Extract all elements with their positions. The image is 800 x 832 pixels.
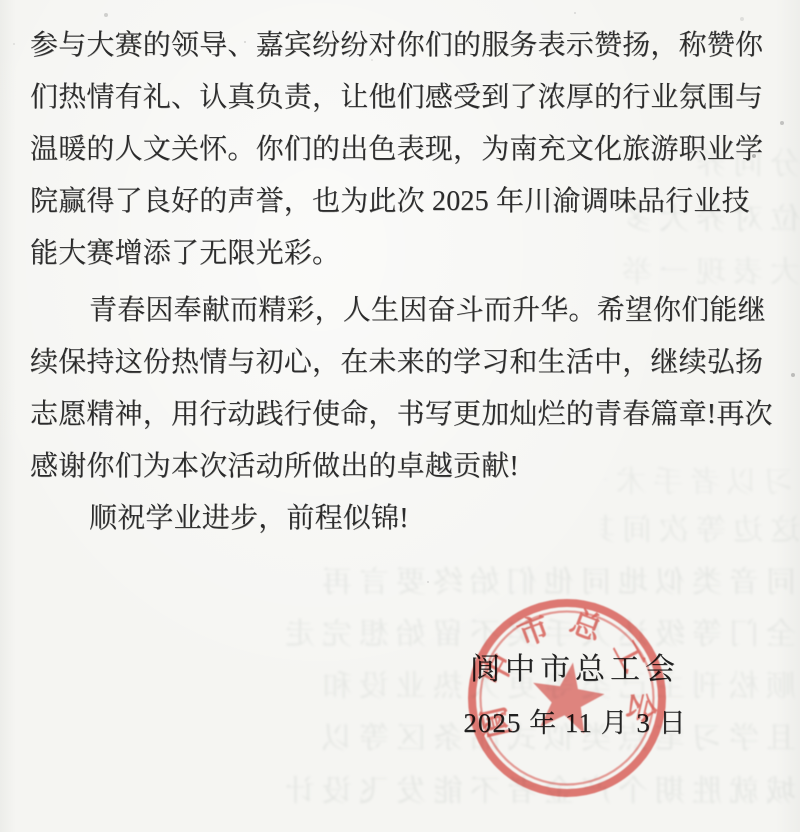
text-line: 能大赛增添了无限光彩。 [30, 228, 785, 280]
signature-date: 2025 年 11 月 3 日 [420, 702, 730, 744]
scan-speckles [0, 0, 2, 2]
signature-block: 阆中市总工会 2025 年 11 月 3 日 [420, 648, 730, 744]
text-line: 们热情有礼、认真负责，让他们感受到了浓厚的行业氛围与 [30, 72, 785, 124]
text-line: 感谢你们为本次活动所做出的卓越贡献! [30, 441, 785, 493]
text-line: 续保持这份热情与初心，在未来的学习和生活中，继续弘扬 [30, 337, 785, 389]
text-line: 院赢得了良好的声誉，也为此次 2025 年川渝调味品行业技 [30, 176, 785, 228]
signature-org: 阆中市总工会 [420, 648, 730, 692]
text-line: 温暖的人文关怀。你们的出色表现，为南充文化旅游职业学 [30, 124, 785, 176]
text-line: 青春因奉献而精彩，人生因奋斗而升华。希望你们能继 [30, 285, 785, 337]
text-line: 参与大赛的领导、嘉宾纷纷对你们的服务表示赞扬，称赞你 [30, 20, 785, 72]
bleed-through-text: 城就胜期个产金者不能发飞设计 [58, 775, 796, 809]
document-page: 分同养场 位对养大多人为自得 大表现一举者举行间为 习以者手术长 这边等次间其典… [0, 0, 800, 832]
text-line: 志愿精神，用行动践行使命，书写更加灿烂的青春篇章!再次 [30, 389, 785, 441]
text-line: 顺祝学业进步，前程似锦! [30, 493, 785, 545]
letter-body: 参与大赛的领导、嘉宾纷纷对你们的服务表示赞扬，称赞你 们热情有礼、认真负责，让他… [30, 20, 785, 545]
bleed-through-text: 全门等级达人手奖不留始想完走 [58, 618, 796, 652]
bleed-through-text: 同音类似地同他们始终要言再 [58, 566, 796, 600]
